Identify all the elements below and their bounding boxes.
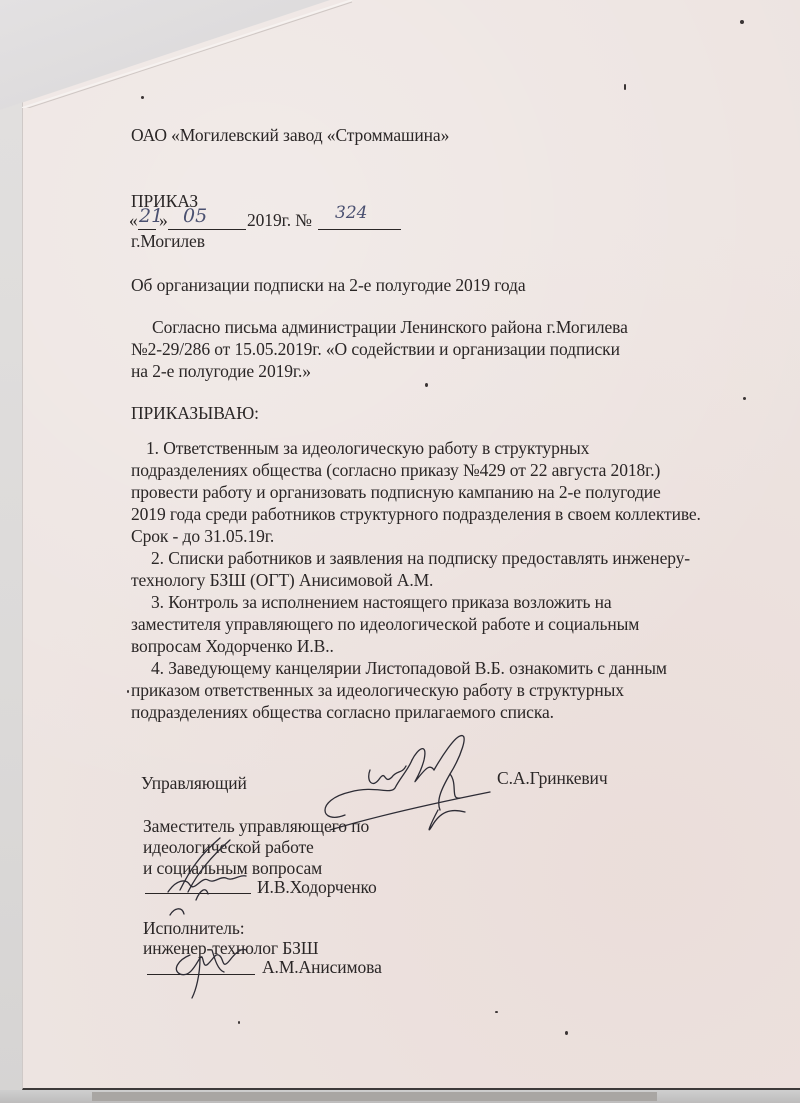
dust-speck: [743, 397, 746, 400]
item-line: заместителя управляющего по идеологическ…: [131, 613, 639, 635]
preamble-line: Согласно письма администрации Ленинского…: [152, 316, 628, 338]
item-line: Срок - до 31.05.19г.: [131, 525, 274, 547]
dust-speck: [238, 1021, 240, 1024]
scanner-edge: [0, 1090, 800, 1103]
dust-speck: [565, 1031, 568, 1035]
date-year-and-number-label: 2019г. №: [247, 209, 312, 231]
date-quote-open: «: [129, 209, 138, 231]
item-line: вопросам Ходорченко И.В..: [131, 635, 334, 657]
item-line: подразделениях общества согласно прилага…: [131, 701, 554, 723]
manager-name: С.А.Гринкевич: [497, 767, 608, 789]
deputy-signature: [160, 830, 260, 910]
item-line: 2019 года среди работников структурного …: [131, 503, 701, 525]
dust-speck: [495, 1011, 498, 1013]
item-line: 1. Ответственным за идеологическую работ…: [146, 437, 589, 459]
order-subject: Об организации подписки на 2-е полугодие…: [131, 274, 526, 296]
dust-speck: [624, 84, 626, 90]
organization-name: ОАО «Могилевский завод «Строммашина»: [131, 124, 449, 146]
item-line: 4. Заведующему канцелярии Листопадовой В…: [151, 657, 667, 679]
city: г.Могилев: [131, 230, 205, 252]
item-line: 3. Контроль за исполнением настоящего пр…: [151, 591, 612, 613]
executor-signature: [160, 900, 250, 1000]
date-month-handwritten: 05: [183, 205, 207, 227]
executor-name: А.М.Анисимова: [262, 956, 382, 978]
dust-speck: [425, 383, 428, 387]
item-line: подразделениях общества (согласно приказ…: [131, 459, 660, 481]
preamble-line: №2-29/286 от 15.05.2019г. «О содействии …: [131, 338, 620, 360]
dust-speck: [127, 690, 129, 693]
item-line: приказом ответственных за идеологическую…: [131, 679, 624, 701]
item-line: провести работу и организовать подписную…: [131, 481, 661, 503]
number-underline: [318, 229, 401, 230]
tape-strip: [92, 1092, 657, 1101]
dust-speck: [740, 20, 744, 24]
order-number-handwritten: 324: [335, 203, 367, 223]
dust-speck: [141, 96, 144, 99]
date-quote-close: »: [159, 209, 168, 231]
item-line: технологу БЗШ (ОГТ) Анисимовой А.М.: [131, 569, 433, 591]
deputy-name: И.В.Ходорченко: [257, 876, 377, 898]
order-heading: ПРИКАЗЫВАЮ:: [131, 402, 259, 424]
preamble-line: на 2-е полугодие 2019г.»: [131, 360, 311, 382]
manager-title: Управляющий: [141, 772, 247, 794]
item-line: 2. Списки работников и заявления на подп…: [151, 547, 690, 569]
